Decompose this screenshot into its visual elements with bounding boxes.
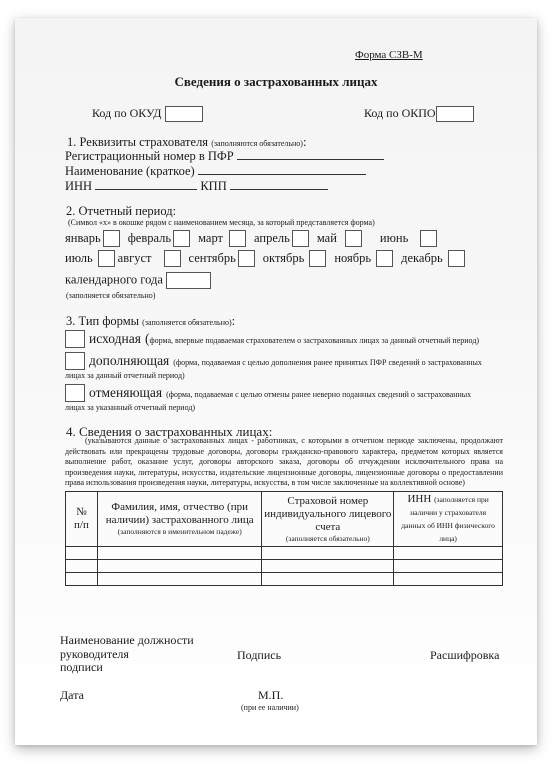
form-type-initial-checkbox[interactable] <box>65 330 85 348</box>
form-type-supplementary-checkbox[interactable] <box>65 352 85 370</box>
okpo-input[interactable] <box>436 106 474 122</box>
cell-number[interactable] <box>66 560 98 573</box>
month-december: декабрь <box>401 250 465 267</box>
month-september: сентябрь <box>189 250 255 267</box>
cell-snils[interactable] <box>262 547 394 560</box>
month-december-checkbox[interactable] <box>448 250 465 267</box>
short-name-row: Наименование (краткое) <box>65 164 366 179</box>
months-row-2: июль август сентябрь октябрь ноябрь дека… <box>65 250 465 267</box>
reg-number-label: Регистрационный номер в ПФР <box>65 149 234 163</box>
section3-note: (заполняется обязательно) <box>142 318 231 327</box>
month-september-checkbox[interactable] <box>238 250 255 267</box>
month-june: июнь <box>380 230 437 247</box>
reg-number-input[interactable] <box>237 149 384 160</box>
document-title: Сведения о застрахованных лицах <box>15 74 537 90</box>
form-type-cancelling-desc-cont: лицах за указанный отчетный период) <box>65 403 195 412</box>
col-snils: Страховой номер индивидуального лицевого… <box>262 492 394 547</box>
form-type-initial: исходная (форма, впервые подаваемая стра… <box>65 330 479 348</box>
kpp-input[interactable] <box>230 179 328 190</box>
cell-snils[interactable] <box>262 560 394 573</box>
kpp-label: КПП <box>200 179 226 193</box>
section4-description: (указываются данные о застрахованных лиц… <box>65 436 503 489</box>
month-may-checkbox[interactable] <box>345 230 362 247</box>
stamp-note: (при ее наличии) <box>241 703 299 712</box>
form-type-supplementary: дополняющая (форма, подаваемая с целью д… <box>65 352 482 370</box>
month-november: ноябрь <box>334 250 393 267</box>
month-august: август <box>118 250 181 267</box>
section1-note: (заполняются обязательно) <box>211 139 303 148</box>
col-inn: ИНН (заполняется при наличии у страховат… <box>394 492 503 547</box>
month-may: май <box>317 230 362 247</box>
table-row <box>66 547 503 560</box>
months-row-1: январь февраль март апрель май июнь <box>65 230 437 247</box>
month-july-checkbox[interactable] <box>98 250 115 267</box>
okpo-field: Код по ОКПО <box>364 106 474 122</box>
month-march: март <box>198 230 246 247</box>
month-april: апрель <box>254 230 309 247</box>
table-header-row: № п/п Фамилия, имя, отчество (при наличи… <box>66 492 503 547</box>
year-input[interactable] <box>166 272 211 289</box>
month-august-checkbox[interactable] <box>164 250 181 267</box>
col-full-name: Фамилия, имя, отчество (при наличии) зас… <box>97 492 262 547</box>
month-october: октябрь <box>263 250 327 267</box>
inn-input[interactable] <box>95 179 197 190</box>
month-november-checkbox[interactable] <box>376 250 393 267</box>
cell-inn[interactable] <box>394 573 503 586</box>
month-april-checkbox[interactable] <box>292 230 309 247</box>
okud-label: Код по ОКУД <box>92 106 162 120</box>
position-label: Наименование должности руководителя подп… <box>60 634 194 675</box>
signature-label: Подпись <box>237 648 281 663</box>
section2-note: (Символ «х» в окошке рядом с наименовани… <box>68 218 375 227</box>
table-row <box>66 573 503 586</box>
short-name-input[interactable] <box>198 164 366 175</box>
okud-input[interactable] <box>165 106 203 122</box>
month-october-checkbox[interactable] <box>309 250 326 267</box>
cell-inn[interactable] <box>394 547 503 560</box>
month-march-checkbox[interactable] <box>229 230 246 247</box>
form-type-cancelling-checkbox[interactable] <box>65 384 85 402</box>
month-january: январь <box>65 230 120 247</box>
okud-field: Код по ОКУД <box>92 106 203 122</box>
cell-snils[interactable] <box>262 573 394 586</box>
cell-number[interactable] <box>66 547 98 560</box>
month-july: июль <box>65 250 115 267</box>
decoding-label: Расшифровка <box>430 648 499 663</box>
cell-inn[interactable] <box>394 560 503 573</box>
year-label: календарного года <box>65 272 163 286</box>
table-row <box>66 560 503 573</box>
short-name-label: Наименование (краткое) <box>65 164 195 178</box>
date-label: Дата <box>60 688 84 703</box>
month-june-checkbox[interactable] <box>420 230 437 247</box>
year-row: календарного года <box>65 272 211 289</box>
cell-full-name[interactable] <box>97 560 262 573</box>
col-number: № п/п <box>66 492 98 547</box>
inn-kpp-row: ИНН КПП <box>65 179 328 194</box>
month-february-checkbox[interactable] <box>173 230 190 247</box>
section3-heading: 3. Тип формы (заполняется обязательно): <box>66 314 235 329</box>
section1-heading: 1. Реквизиты страхователя (заполняются о… <box>67 135 306 150</box>
form-type-supplementary-desc-cont: лицах за данный отчетный период) <box>65 371 185 380</box>
month-january-checkbox[interactable] <box>103 230 120 247</box>
section2-heading: 2. Отчетный период: <box>66 204 176 219</box>
okpo-label: Код по ОКПО <box>364 106 436 120</box>
month-february: февраль <box>128 230 190 247</box>
document-page: Форма СЗВ-М Сведения о застрахованных ли… <box>15 18 537 745</box>
cell-full-name[interactable] <box>97 547 262 560</box>
cell-number[interactable] <box>66 573 98 586</box>
reg-number-row: Регистрационный номер в ПФР <box>65 149 384 164</box>
cell-full-name[interactable] <box>97 573 262 586</box>
stamp-label: М.П. <box>258 688 283 703</box>
year-note: (заполняется обязательно) <box>66 291 155 300</box>
form-type-cancelling: отменяющая (форма, подаваемая с целью от… <box>65 384 471 402</box>
inn-label: ИНН <box>65 179 92 193</box>
form-code: Форма СЗВ-М <box>355 49 423 61</box>
insured-persons-table: № п/п Фамилия, имя, отчество (при наличи… <box>65 491 503 586</box>
